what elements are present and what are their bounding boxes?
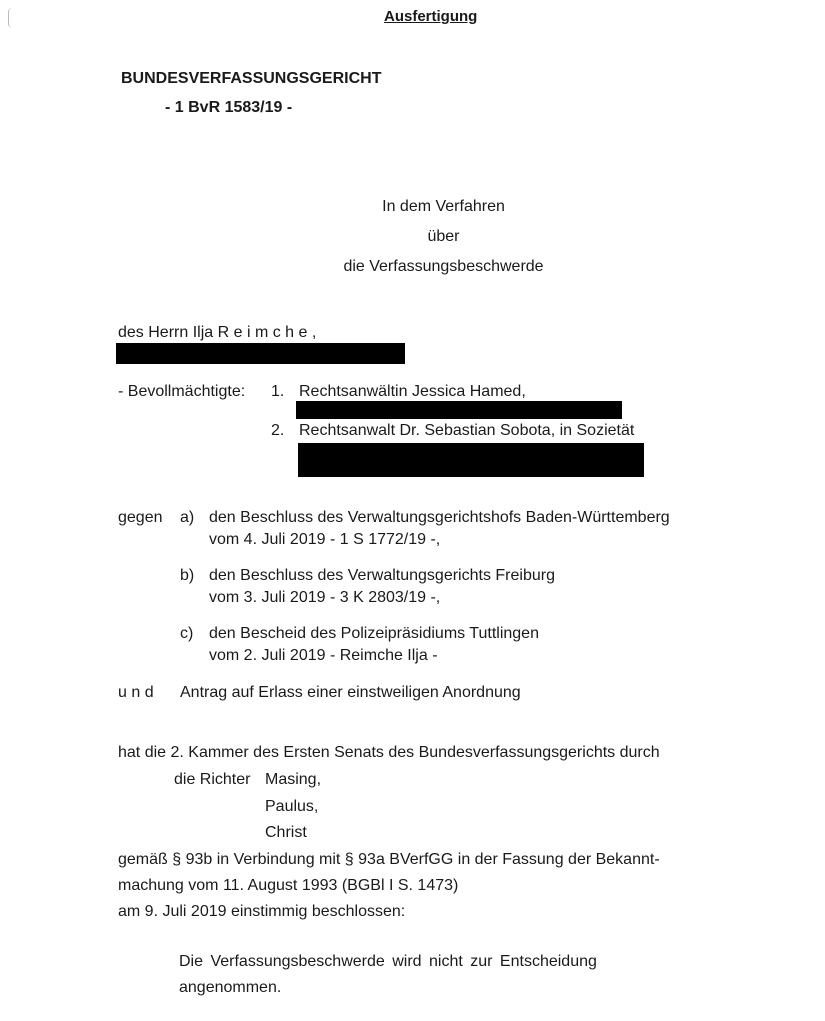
certification-title: Ausfertigung (384, 8, 477, 25)
and-text: Antrag auf Erlass einer einstweiligen An… (180, 684, 521, 702)
representative-2-number: 2. (271, 422, 284, 440)
against-label: gegen (118, 509, 163, 527)
against-b-line-1: den Beschluss des Verwaltungsgerichts Fr… (209, 567, 555, 585)
representatives-label: - Bevollmächtigte: (118, 383, 245, 401)
representative-1-number: 1. (271, 383, 284, 401)
redacted-representative-2-address (298, 443, 644, 477)
against-a-letter: a) (180, 509, 194, 527)
judge-2: Paulus, (265, 798, 318, 816)
court-name: BUNDESVERFASSUNGSGERICHT (121, 70, 381, 88)
representative-1-name: Rechtsanwältin Jessica Hamed, (299, 383, 526, 401)
redacted-complainant-address (116, 343, 405, 364)
judges-label: die Richter (174, 771, 250, 789)
docket-number: - 1 BvR 1583/19 - (165, 99, 292, 117)
intro-line-2: über (0, 228, 825, 246)
representative-2-name: Rechtsanwalt Dr. Sebastian Sobota, in So… (299, 422, 634, 440)
decision-line-4: am 9. Juli 2019 einstimmig beschlossen: (118, 903, 405, 921)
against-b-letter: b) (180, 567, 194, 585)
punch-mark (8, 8, 17, 28)
judge-1: Masing, (265, 771, 321, 789)
judge-3: Christ (265, 824, 307, 842)
ruling-line-2: angenommen. (179, 979, 281, 997)
and-label: u n d (118, 684, 154, 702)
against-c-letter: c) (180, 625, 193, 643)
intro-line-3: die Verfassungsbeschwerde (0, 258, 825, 276)
against-c-line-1: den Bescheid des Polizeipräsidiums Tuttl… (209, 625, 539, 643)
intro-line-1: In dem Verfahren (0, 198, 825, 216)
against-a-line-2: vom 4. Juli 2019 - 1 S 1772/19 -, (209, 531, 440, 549)
complainant-name: des Herrn Ilja R e i m c h e , (118, 324, 316, 342)
against-c-line-2: vom 2. Juli 2019 - Reimche Ilja - (209, 647, 438, 665)
redacted-representative-1-address (296, 401, 622, 419)
against-b-line-2: vom 3. Juli 2019 - 3 K 2803/19 -, (209, 589, 440, 607)
decision-line-2: gemäß § 93b in Verbindung mit § 93a BVer… (118, 851, 660, 869)
decision-line-1: hat die 2. Kammer des Ersten Senats des … (118, 744, 660, 762)
against-a-line-1: den Beschluss des Verwaltungsgerichtshof… (209, 509, 670, 527)
ruling-line-1: Die Verfassungsbeschwerde wird nicht zur… (179, 953, 597, 971)
decision-line-3: machung vom 11. August 1993 (BGBl I S. 1… (118, 877, 458, 895)
